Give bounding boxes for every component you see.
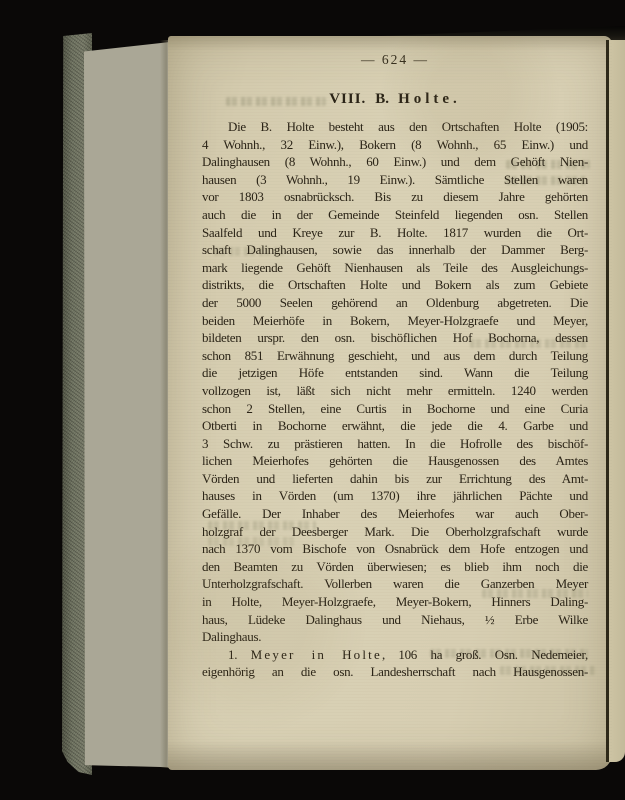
text-line: mark liegende Gehöft Nienhausen als Teil…: [202, 259, 588, 277]
text-line: vor 1803 osnabrücksch. Bis zu diesem Jah…: [202, 188, 588, 206]
text-segment: , 106 ha groß. Osn. Nedemeier,: [382, 647, 588, 662]
text-line: Vörden und lieferten dahin bis zur Erric…: [202, 470, 588, 488]
section-numeral: VIII.: [329, 91, 366, 107]
text-line: holzgraf der Deesberger Mark. Die Oberho…: [202, 523, 588, 541]
section-name: Holte.: [398, 91, 461, 107]
text-line: auch die in der Gemeinde Steinfeld liege…: [202, 206, 588, 224]
text-line: schon 851 Erwähnung geschieht, und aus d…: [202, 347, 588, 365]
page-stack-edge: [84, 42, 170, 768]
section-heading: VIII.B.Holte.: [202, 91, 588, 112]
text-line: 4 Wohnh., 32 Einw.), Bokern (8 Wohnh., 6…: [202, 136, 588, 154]
text-line: 1. Meyer in Holte, 106 ha groß. Osn. Ned…: [202, 646, 588, 664]
text-line: nach 1370 vom Bischofe von Osnabrück dem…: [202, 540, 588, 558]
text-line: beiden Meierhöfe in Bokern, Meyer-Holzgr…: [202, 312, 588, 330]
text-line: Unterholzgrafschaft. Vollerben waren die…: [202, 575, 588, 593]
text-line: Dalinghausen (8 Wohnh., 60 Einw.) und de…: [202, 153, 588, 171]
text-line: vollzogen ist, läßt sich nicht mehr ermi…: [202, 382, 588, 400]
text-line: haus, Lüdeke Dalinghaus und Niehaus, ½ E…: [202, 611, 588, 629]
text-segment: 1.: [228, 647, 251, 662]
text-column: — 624 — VIII.B.Holte. Die B. Holte beste…: [202, 52, 588, 681]
body-text: Die B. Holte besteht aus den Ortschaften…: [202, 118, 588, 681]
text-line: hauses in Vörden (um 1370) ihre jährlich…: [202, 487, 588, 505]
text-line: in Holte, Meyer-Holzgraefe, Meyer-Bokern…: [202, 593, 588, 611]
text-line: eigenhörig an die osn. Landesherrschaft …: [202, 663, 588, 681]
text-segment: Meyer in Holte: [251, 647, 382, 662]
text-line: 3 Schw. zu prästieren hatten. In die Hof…: [202, 435, 588, 453]
text-line: der 5000 Seelen gehörend an Oldenburg ab…: [202, 294, 588, 312]
text-line: die jetzigen Höfe entstanden sind. Wann …: [202, 364, 588, 382]
facing-page-sliver: [606, 40, 625, 762]
text-line: Gefälle. Der Inhaber des Meierhofes war …: [202, 505, 588, 523]
running-page-number: — 624 —: [202, 52, 588, 74]
section-abbrev: B.: [375, 91, 389, 107]
book-photo: — 624 — VIII.B.Holte. Die B. Holte beste…: [0, 0, 625, 800]
text-line: den Beamten zu Vörden überwiesen; es bli…: [202, 558, 588, 576]
text-line: lichen Meierhofes gehörten die Hausgenos…: [202, 452, 588, 470]
text-line: Saalfeld und Kreye zur B. Holte. 1817 wu…: [202, 224, 588, 242]
text-line: distrikts, die Ortschaften Holte und Bok…: [202, 276, 588, 294]
text-line: Dalinghaus.: [202, 628, 588, 646]
text-line: Otberti in Bochorne erwähnt, die jede di…: [202, 417, 588, 435]
paragraph: Die B. Holte besteht aus den Ortschaften…: [202, 118, 588, 646]
paragraph: 1. Meyer in Holte, 106 ha groß. Osn. Ned…: [202, 646, 588, 681]
text-line: schon 2 Stellen, eine Curtis in Bochorne…: [202, 400, 588, 418]
text-line: Die B. Holte besteht aus den Ortschaften…: [202, 118, 588, 136]
text-line: bildeten urspr. den osn. bischöflichen H…: [202, 329, 588, 347]
text-line: hausen (3 Wohnh., 19 Einw.). Sämtliche S…: [202, 171, 588, 189]
text-line: schaft Dalinghausen, sowie das innerhalb…: [202, 241, 588, 259]
